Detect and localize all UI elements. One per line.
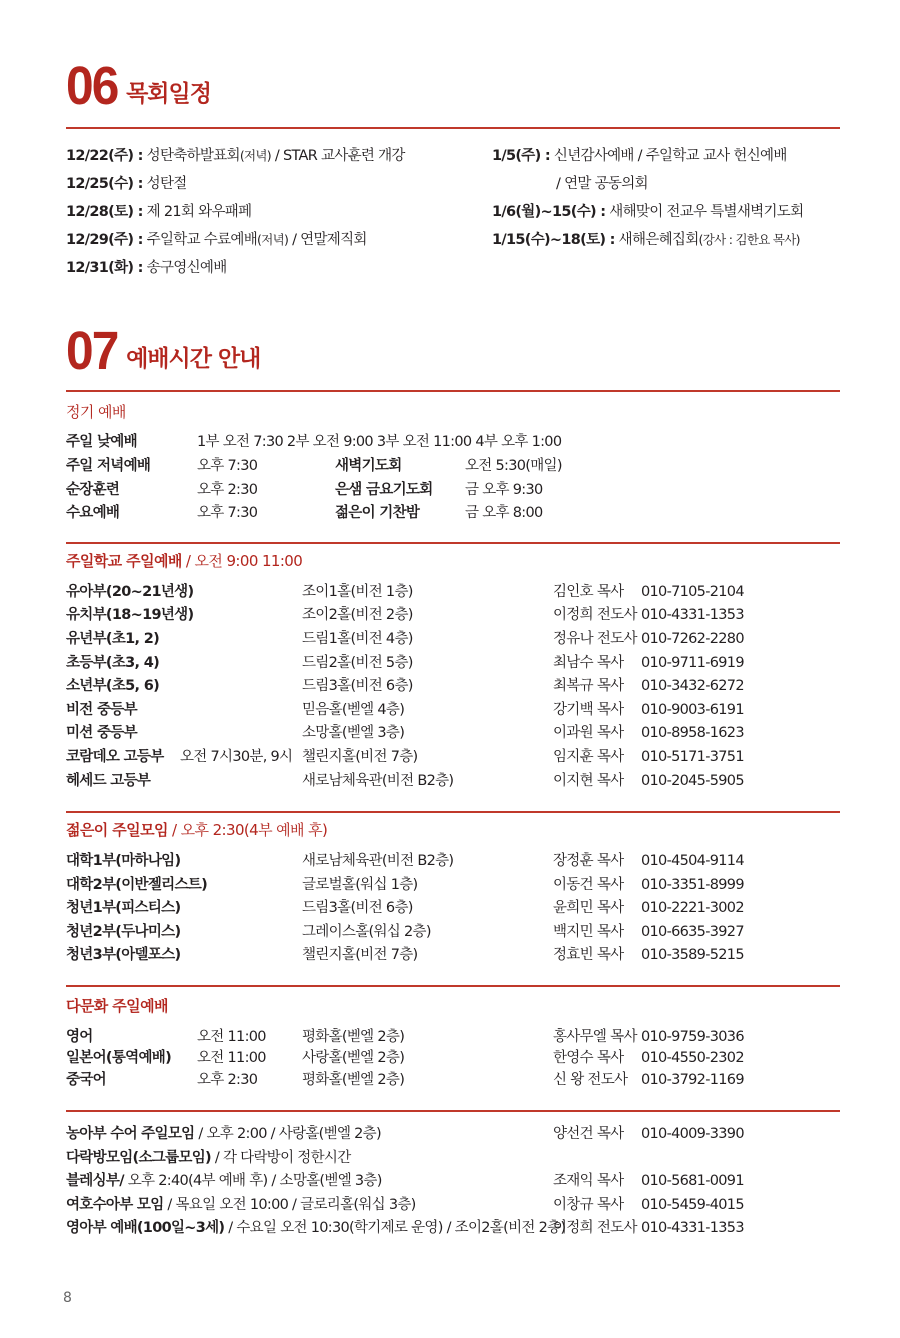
subheading-multicultural: 다문화 주일예배 [66,995,168,1016]
schedule-item: 1/6(월)~15(수) : 새해맞이 전교우 특별새벽기도회 [492,202,803,222]
divider [66,811,840,813]
gathering-item: 영아부 예배(100일~3세) / 수요일 오전 10:30(학기제로 운영) … [66,1218,565,1238]
subheading-sunday-school: 주일학교 주일예배 / 오전 9:00 11:00 [66,550,302,571]
schedule-item: 12/25(수) : 성탄절 [66,174,187,194]
page-number: 8 [63,1290,72,1306]
divider [66,542,840,544]
schedule-item: 1/15(수)~18(토) : 새해은혜집회(강사 : 김한요 목사) [492,230,800,250]
divider [66,127,840,129]
schedule-item: 12/31(화) : 송구영신예배 [66,258,227,278]
gathering-item: 블레싱부/ 오후 2:40(4부 예배 후) / 소망홀(벧엘 3층) [66,1171,382,1191]
section-number: 07 [66,327,118,375]
section-number: 06 [66,62,118,110]
schedule-item: 12/28(토) : 제 21회 와우패페 [66,202,251,222]
divider [66,1110,840,1112]
gathering-item: 농아부 수어 주일모임 / 오후 2:00 / 사랑홀(벧엘 2층) [66,1124,381,1144]
divider [66,985,840,987]
schedule-item: 12/22(주) : 성탄축하발표회(저녁) / STAR 교사훈련 개강 [66,146,405,166]
section-title: 예배시간 안내 [126,340,260,373]
section-06-header: 06 목회일정 [66,62,211,110]
schedule-item: 12/29(주) : 주일학교 수료예배(저녁) / 연말제직회 [66,230,367,250]
gathering-item: 여호수아부 모임 / 목요일 오전 10:00 / 글로리홀(워십 3층) [66,1195,416,1215]
gathering-item: 다락방모임(소그룹모임) / 각 다락방이 정한시간 [66,1148,351,1168]
section-title: 목회일정 [126,75,211,108]
divider [66,390,840,392]
subheading-regular: 정기 예배 [66,401,126,422]
subheading-young-adults: 젊은이 주일모임 / 오후 2:30(4부 예배 후) [66,819,327,840]
schedule-item: / 연말 공동의회 [556,174,648,194]
schedule-item: 1/5(주) : 신년감사예배 / 주일학교 교사 헌신예배 [492,146,787,166]
section-07-header: 07 예배시간 안내 [66,327,260,375]
